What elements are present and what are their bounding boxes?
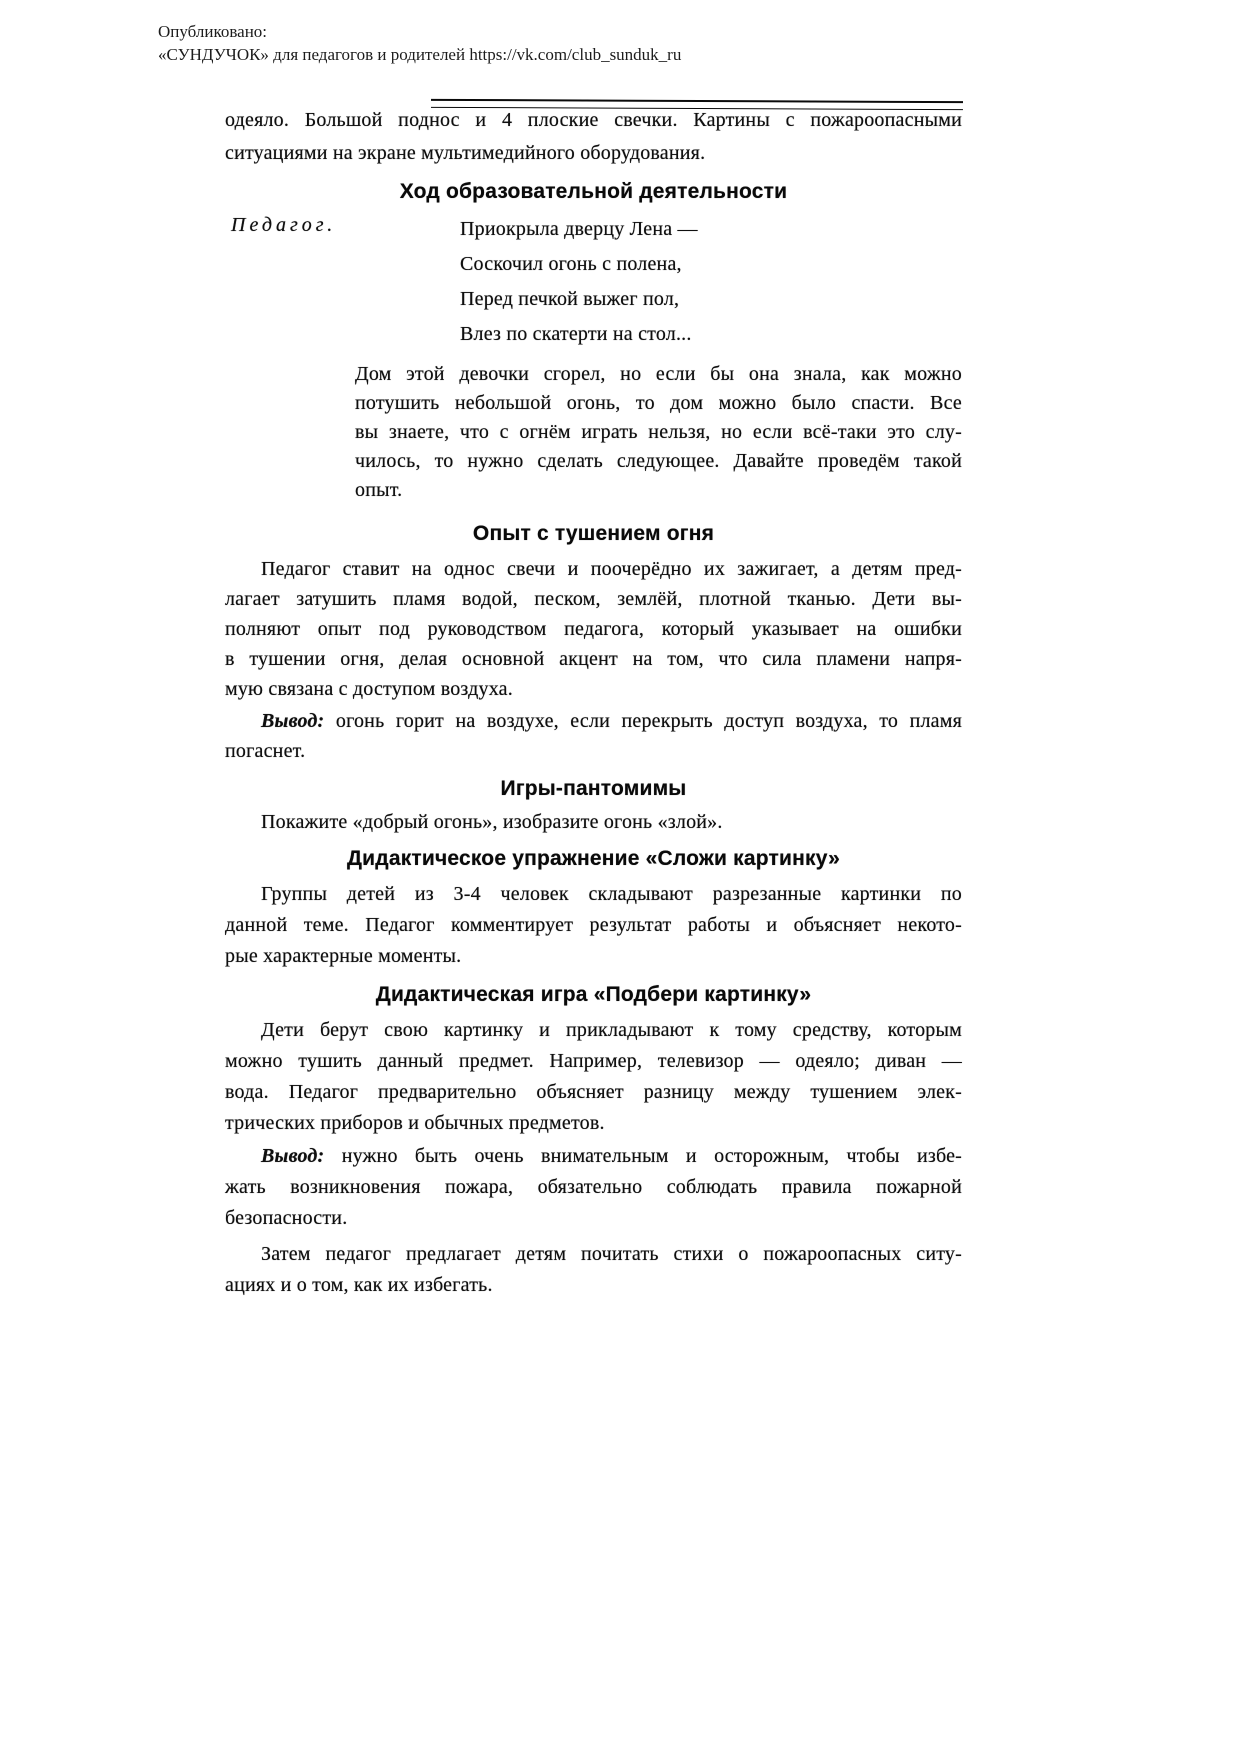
intro-paragraph: одеяло. Большой поднос и 4 плоские свечк… <box>225 104 962 170</box>
paragraph-line: Дети берут свою картинку и прикладывают … <box>225 1015 962 1046</box>
heading-course-of-activity: Ход образовательной деятельности <box>225 178 962 205</box>
publication-header: Опубликовано: «СУНДУЧОК» для педагогов и… <box>158 20 681 66</box>
scanned-document-page: Опубликовано: «СУНДУЧОК» для педагогов и… <box>0 0 1240 1754</box>
paragraph-line: погаснет. <box>225 736 962 766</box>
paragraph-line: мую связана с доступом воздуха. <box>225 674 962 704</box>
story-paragraph: Дом этой девочки сгорел, но если бы она … <box>355 360 962 505</box>
paragraph-line: Дом этой девочки сгорел, но если бы она … <box>355 360 962 389</box>
paragraph-line: данной теме. Педагог комментирует резуль… <box>225 910 962 941</box>
paragraph-line: полняют опыт под руководством педагога, … <box>225 614 962 644</box>
conclusion-label: Вывод: <box>261 1145 324 1167</box>
paragraph-line: безопасности. <box>225 1203 962 1234</box>
pantomime-instruction: Покажите «добрый огонь», изобразите огон… <box>225 807 962 837</box>
published-label: Опубликовано: <box>158 20 681 43</box>
paragraph-line: одеяло. Большой поднос и 4 плоские свечк… <box>225 104 962 137</box>
paragraph-line: Группы детей из 3-4 человек складывают р… <box>225 879 962 910</box>
conclusion-text: огонь горит на воздухе, если перекрыть д… <box>336 710 962 732</box>
paragraph-line: вода. Педагог предварительно объясняет р… <box>225 1077 962 1108</box>
game-paragraph: Дети берут свою картинку и прикладывают … <box>225 1015 962 1139</box>
heading-didactic-game: Дидактическая игра «Подбери картинку» <box>225 981 962 1008</box>
paragraph-line: Вывод: нужно быть очень внимательным и о… <box>225 1141 962 1172</box>
paragraph-line: в тушении огня, делая основной акцент на… <box>225 644 962 674</box>
paragraph-line: Педагог ставит на однос свечи и поочерёд… <box>225 554 962 584</box>
heading-fire-extinguishing-experiment: Опыт с тушением огня <box>225 520 962 547</box>
paragraph-line: трических приборов и обычных предметов. <box>225 1108 962 1139</box>
paragraph-line: ситуациями на экране мультимедийного обо… <box>225 137 962 170</box>
paragraph-line: жать возникновения пожара, обязательно с… <box>225 1172 962 1203</box>
poem-line: Влез по скатерти на стол... <box>460 317 962 352</box>
heading-didactic-exercise: Дидактическое упражнение «Сложи картинку… <box>225 845 962 872</box>
paragraph-line: рые характерные моменты. <box>225 941 962 972</box>
poem-line: Приокрыла дверцу Лена — <box>460 212 962 247</box>
paragraph-line: потушить небольшой огонь, то дом можно б… <box>355 389 962 418</box>
poem: Приокрыла дверцу Лена — Соскочил огонь с… <box>460 212 962 352</box>
document-body: одеяло. Большой поднос и 4 плоские свечк… <box>225 104 962 1301</box>
paragraph-line: ациях и о том, как их избегать. <box>225 1270 962 1301</box>
published-source: «СУНДУЧОК» для педагогов и родителей htt… <box>158 43 681 66</box>
paragraph-line: Вывод: огонь горит на воздухе, если пере… <box>225 706 962 736</box>
paragraph-line: можно тушить данный предмет. Например, т… <box>225 1046 962 1077</box>
paragraph-line: чилось, то нужно сделать следующее. Дава… <box>355 447 962 476</box>
experiment-paragraph: Педагог ставит на однос свечи и поочерёд… <box>225 554 962 704</box>
poem-line: Перед печкой выжег пол, <box>460 282 962 317</box>
closing-paragraph: Затем педагог предлагает детям почитать … <box>225 1239 962 1301</box>
exercise-paragraph: Группы детей из 3-4 человек складывают р… <box>225 879 962 972</box>
paragraph-line: Затем педагог предлагает детям почитать … <box>225 1239 962 1270</box>
heading-pantomime-games: Игры-пантомимы <box>225 775 962 802</box>
conclusion-safety-paragraph: Вывод: нужно быть очень внимательным и о… <box>225 1141 962 1234</box>
conclusion-text: нужно быть очень внимательным и осторожн… <box>342 1145 962 1167</box>
poem-line: Соскочил огонь с полена, <box>460 247 962 282</box>
paragraph-line: вы знаете, что с огнём играть нельзя, но… <box>355 418 962 447</box>
speaker-label: Педагог. <box>231 214 336 237</box>
paragraph-line: опыт. <box>355 476 962 505</box>
conclusion-label: Вывод: <box>261 710 324 732</box>
teacher-dialogue-block: Педагог. Приокрыла дверцу Лена — Соскочи… <box>225 212 962 352</box>
paragraph-line: лагает затушить пламя водой, песком, зем… <box>225 584 962 614</box>
conclusion-fire-paragraph: Вывод: огонь горит на воздухе, если пере… <box>225 706 962 766</box>
